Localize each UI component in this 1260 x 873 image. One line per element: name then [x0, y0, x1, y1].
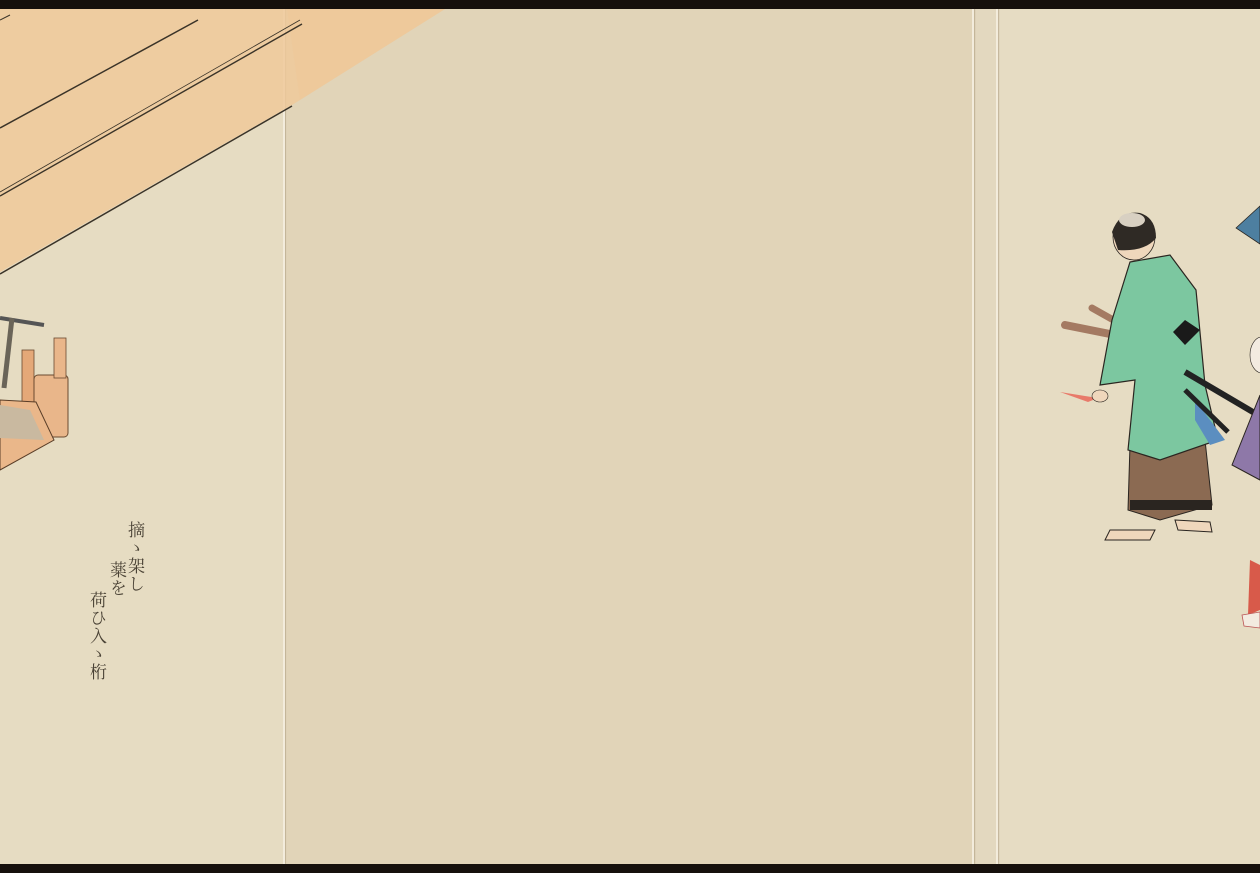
woman-figure	[1232, 206, 1260, 628]
handscroll: 摘ゝ架し 薬を 荷ひ入ゝ桁	[0, 9, 1260, 864]
roof-eaves	[0, 9, 445, 274]
inscription: 摘ゝ架し 薬を 荷ひ入ゝ桁	[80, 521, 160, 741]
well-illustration	[0, 318, 68, 470]
inscription-column: 荷ひ入ゝ桁	[84, 591, 109, 681]
painting-layer	[0, 9, 1260, 864]
samurai-figure	[1060, 213, 1258, 540]
